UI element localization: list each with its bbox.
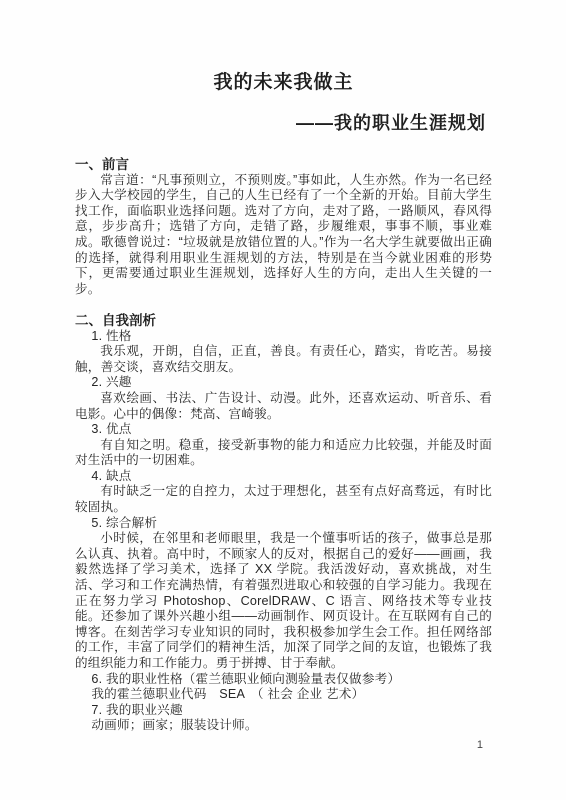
item-text-interests: 喜欢绘画、书法、广告设计、动漫。此外，还喜欢运动、听音乐、看电影。心中的偶像：梵… xyxy=(75,391,492,422)
item-text-career-interest: 动画师；画家；服装设计师。 xyxy=(75,718,492,734)
item-text-综合解析: 小时候，在邻里和老师眼里，我是一个懂事听话的孩子，做事总是那么认真、执着。高中时… xyxy=(75,531,492,671)
item-text-weaknesses: 有时缺乏一定的自控力，太过于理想化，甚至有点好高骛远，有时比较固执。 xyxy=(75,484,492,515)
item-label-interests: 2. 兴趣 xyxy=(75,375,492,391)
item-text-holland-code: 我的霍兰德职业代码 SEA （ 社会 企业 艺术） xyxy=(75,687,492,703)
item-label-career-interest: 7. 我的职业兴趣 xyxy=(75,703,492,719)
document-title: 我的未来我做主 xyxy=(75,73,492,92)
section-heading-foreword: 一、前言 xyxy=(75,157,492,173)
item-label-personality: 1. 性格 xyxy=(75,329,492,345)
foreword-paragraph: 常言道：“凡事预则立，不预则废。”事如此，人生亦然。作为一名已经步入大学校园的学… xyxy=(75,173,492,298)
page-number: 1 xyxy=(477,739,483,752)
document-subtitle: ——我的职业生涯规划 xyxy=(75,114,486,132)
item-label-strengths: 3. 优点 xyxy=(75,422,492,438)
item-text-strengths: 有自知之明。稳重，接受新事物的能力和适应力比较强，并能及时面对生活中的一切困难。 xyxy=(75,438,492,469)
document-page: 我的未来我做主 ——我的职业生涯规划 一、前言 常言道：“凡事预则立，不预则废。… xyxy=(0,0,566,800)
item-label-综合解析: 5. 综合解析 xyxy=(75,516,492,532)
item-text-personality: 我乐观，开朗，自信，正直，善良。有责任心，踏实，肯吃苦。易接触，善交谈，喜欢结交… xyxy=(75,344,492,375)
item-label-career-personality: 6. 我的职业性格（霍兰德职业倾向测验量表仅做参考） xyxy=(75,672,492,688)
section-heading-self-analysis: 二、自我剖析 xyxy=(75,313,492,329)
document-body: 我的未来我做主 ——我的职业生涯规划 一、前言 常言道：“凡事预则立，不预则废。… xyxy=(75,73,492,734)
item-label-weaknesses: 4. 缺点 xyxy=(75,469,492,485)
